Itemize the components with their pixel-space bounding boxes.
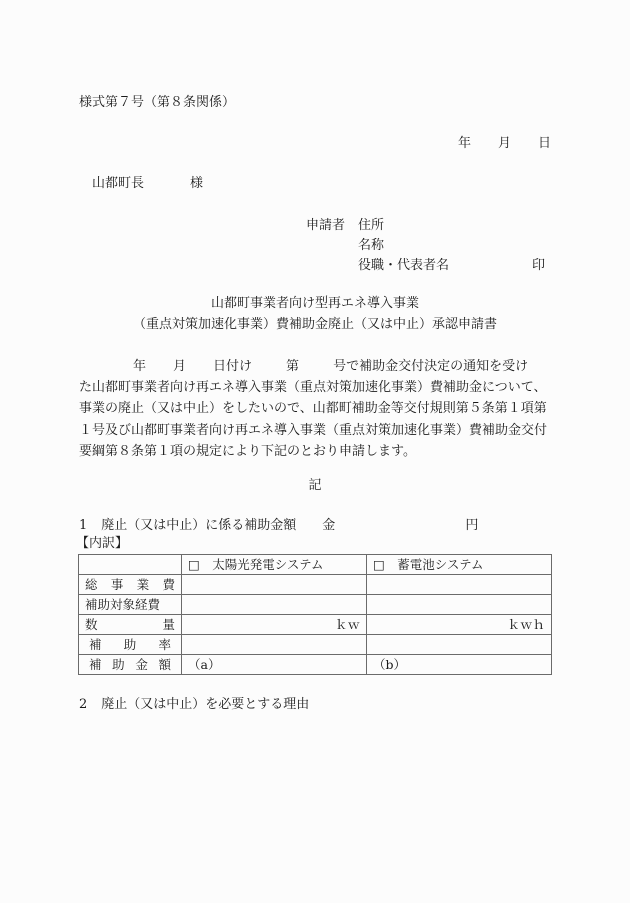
address-label: 住所 — [358, 218, 384, 233]
item2-number: 2 — [79, 697, 87, 712]
date-day: 日 — [538, 136, 551, 152]
name-label: 名称 — [358, 238, 384, 253]
row-label-subsidy-rate: 補助率 — [85, 635, 175, 654]
cell-solar-amount[interactable]: （a） — [182, 655, 367, 675]
cell-battery-amount[interactable]: （b） — [367, 655, 552, 675]
cell-solar[interactable] — [182, 575, 367, 595]
breakdown-label: 【内訳】 — [76, 536, 128, 552]
ki-heading: 記 — [0, 478, 630, 494]
date-month: 月 — [498, 136, 511, 152]
seal-mark: 印 — [532, 256, 545, 276]
table-row: 補助金額 （a） （b） — [79, 655, 552, 675]
addressee: 山都町長様 — [92, 176, 203, 192]
cell-solar[interactable] — [182, 635, 367, 655]
body-line1-rest: 号で補助金交付決定の通知を受け — [333, 359, 528, 374]
date-year: 年 — [458, 136, 471, 152]
body-line5: 要綱第８条第１項の規定により下記のとおり申請します。 — [79, 441, 554, 462]
addressee-name: 山都町長 — [92, 176, 144, 191]
table-header-cell — [79, 555, 182, 575]
body-day: 日付け — [213, 359, 252, 374]
applicant-label: 申請者 — [306, 216, 358, 236]
addressee-honorific: 様 — [190, 176, 203, 191]
representative-label: 役職・代表者名 — [358, 258, 449, 273]
body-month: 月 — [173, 359, 186, 374]
cell-solar-unit[interactable]: ｋｗ — [182, 615, 367, 635]
document-title-line1: 山都町事業者向け型再エネ導入事業 — [0, 296, 630, 312]
document-title-line2: （重点対策加速化事業）費補助金廃止（又は中止）承認申請書 — [0, 317, 630, 333]
table-header-row: □ 太陽光発電システム □ 蓄電池システム — [79, 555, 552, 575]
cell-battery[interactable] — [367, 595, 552, 615]
item2-label: 廃止（又は中止）を必要とする理由 — [101, 697, 309, 712]
row-label-quantity: 数量 — [85, 615, 175, 634]
row-label-eligible-cost: 補助対象経費 — [79, 595, 182, 615]
body-paragraph: 年月日付け第号で補助金交付決定の通知を受け た山都町事業者向け再エネ導入事業（重… — [79, 356, 554, 462]
table-row: 補助対象経費 — [79, 595, 552, 615]
item1-unit: 円 — [465, 518, 478, 533]
body-line4: １号及び山都町事業者向け再エネ導入事業（重点対策加速化事業）費補助金交付 — [79, 420, 554, 441]
applicant-block: 申請者住所 名称 役職・代表者名印 — [306, 216, 449, 276]
item1: 1廃止（又は中止）に係る補助金額金円 — [79, 518, 478, 534]
cell-battery[interactable] — [367, 635, 552, 655]
body-year: 年 — [133, 359, 146, 374]
table-row: 数量 ｋｗ ｋｗｈ — [79, 615, 552, 635]
cell-solar[interactable] — [182, 595, 367, 615]
table-row: 総事業費 — [79, 575, 552, 595]
table-header-solar[interactable]: □ 太陽光発電システム — [182, 555, 367, 575]
date-line: 年月日 — [458, 136, 551, 152]
item1-prefix: 金 — [322, 518, 335, 533]
item1-number: 1 — [79, 518, 87, 533]
breakdown-table: □ 太陽光発電システム □ 蓄電池システム 総事業費 補助対象経費 数量 ｋｗ … — [78, 554, 552, 675]
cell-battery[interactable] — [367, 575, 552, 595]
table-row: 補助率 — [79, 635, 552, 655]
body-line3: 事業の廃止（又は中止）をしたいので、山都町補助金等交付規則第５条第１項第 — [79, 398, 554, 419]
cell-battery-unit[interactable]: ｋｗｈ — [367, 615, 552, 635]
item1-label: 廃止（又は中止）に係る補助金額 — [101, 518, 296, 533]
body-no: 第 — [286, 359, 299, 374]
row-label-total-cost: 総事業費 — [85, 575, 175, 594]
form-number: 様式第７号（第８条関係） — [79, 95, 235, 111]
body-line2: た山都町事業者向け再エネ導入事業（重点対策加速化事業）費補助金について、 — [79, 377, 554, 398]
row-label-subsidy-amount: 補助金額 — [85, 655, 175, 674]
table-header-battery[interactable]: □ 蓄電池システム — [367, 555, 552, 575]
item2: 2廃止（又は中止）を必要とする理由 — [79, 697, 309, 713]
